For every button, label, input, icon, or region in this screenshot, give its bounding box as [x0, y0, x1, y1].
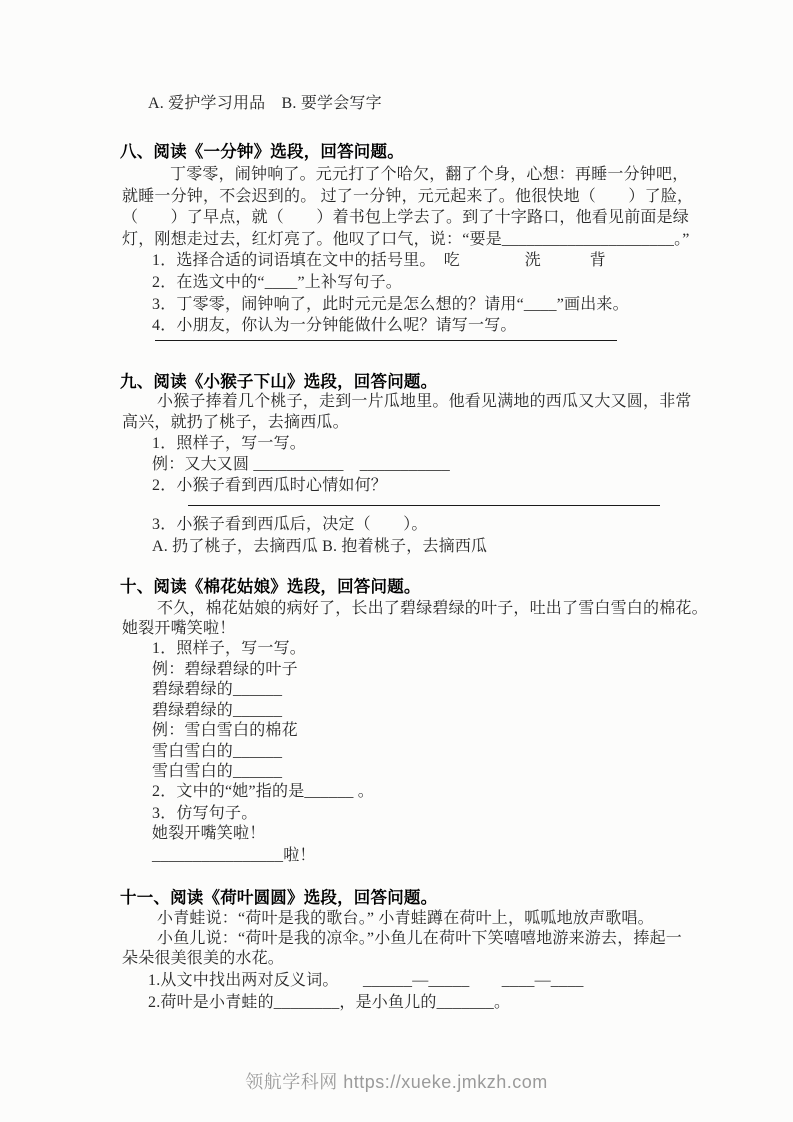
passage-line: 她裂开嘴笑啦！ — [122, 618, 235, 639]
fill-blank-line: 雪白雪白的______ — [152, 761, 282, 782]
question-line: 1．照样子，写一写。 — [152, 433, 306, 454]
watermark-text: 领航学科网 https://xueke.jmkzh.com — [245, 1072, 548, 1092]
question-line: 3．丁零零，闹钟响了，此时元元是怎么想的？请用“____”画出来。 — [152, 294, 629, 315]
answer-options-line: A. 爱护学习用品 B. 要学会写字 — [148, 93, 382, 114]
section-11-title: 十一、阅读《荷叶圆圆》选段，回答问题。 — [120, 887, 437, 908]
section-8-title: 八、阅读《一分钟》选段，回答问题。 — [120, 141, 404, 162]
fill-blank-line: 雪白雪白的______ — [152, 741, 282, 762]
question-line: 4．小朋友，你认为一分钟能做什么呢？请写一写。 — [152, 315, 517, 336]
question-line: 3．仿写句子。 — [152, 803, 257, 824]
question-line: 1．选择合适的词语填在文中的括号里。 吃 洗 背 — [152, 250, 606, 271]
fill-blank-line: 碧绿碧绿的______ — [152, 679, 282, 700]
worksheet-page: A. 爱护学习用品 B. 要学会写字 八、阅读《一分钟》选段，回答问题。 丁零零… — [0, 0, 793, 1122]
example-line: 例：碧绿碧绿的叶子 — [152, 659, 298, 680]
fill-blank-line: 碧绿碧绿的______ — [152, 700, 282, 721]
answer-line — [188, 505, 660, 506]
model-sentence-line: 她裂开嘴笑啦！ — [152, 823, 265, 844]
question-line: 2．在选文中的“____”上补写句子。 — [152, 272, 402, 293]
fill-blank-line: ________________啦！ — [152, 845, 316, 866]
question-line: 1.从文中找出两对反义词。 ______—_____ ____—____ — [148, 970, 584, 991]
passage-line: 小青蛙说：“荷叶是我的歌台。” 小青蛙蹲在荷叶上，呱呱地放声歌唱。 — [157, 908, 654, 929]
choice-options-line: A. 扔了桃子，去摘西瓜 B. 抱着桃子，去摘西瓜 — [152, 536, 487, 557]
section-10-title: 十、阅读《棉花姑娘》选段，回答问题。 — [120, 576, 421, 597]
passage-line: 朵朵很美很美的水花。 — [122, 948, 284, 969]
passage-line: 丁零零，闹钟响了。元元打了个哈欠，翻了个身，心想：再睡一分钟吧， — [170, 164, 688, 185]
passage-line: 小鱼儿说：“荷叶是我的凉伞。”小鱼儿在荷叶下笑嘻嘻地游来游去，捧起一 — [157, 928, 682, 949]
answer-line — [155, 340, 617, 341]
question-line: 2.荷叶是小青蛙的________，是小鱼儿的_______。 — [148, 992, 510, 1013]
passage-line: 高兴，就扔了桃子，去摘西瓜。 — [122, 412, 349, 433]
question-line: 2．小猴子看到西瓜时心情如何？ — [152, 475, 387, 496]
question-line: 2．文中的“她”指的是______ 。 — [152, 781, 374, 802]
watermark: 领航学科网 https://xueke.jmkzh.com — [0, 1068, 793, 1094]
passage-line: （ ）了早点，就（ ）着书包上学去了。到了十字路口，他看见前面是绿 — [122, 207, 689, 228]
question-line: 1．照样子，写一写。 — [152, 638, 306, 659]
passage-line: 就睡一分钟，不会迟到的。 过了一分钟，元元起来了。他很快地（ ）了脸， — [122, 186, 693, 207]
passage-line: 小猴子捧着几个桃子，走到一片瓜地里。他看见满地的西瓜又大又圆，非常 — [157, 391, 692, 412]
passage-line: 不久，棉花姑娘的病好了，长出了碧绿碧绿的叶子，吐出了雪白雪白的棉花。 — [157, 598, 708, 619]
example-line: 例：雪白雪白的棉花 — [152, 720, 298, 741]
example-line: 例：又大又圆 ___________ ___________ — [152, 454, 450, 475]
question-line: 3．小猴子看到西瓜后，决定（ ）。 — [152, 514, 428, 535]
passage-line: 灯，刚想走过去，红灯亮了。他叹了口气，说：“要是________________… — [122, 229, 690, 250]
section-9-title: 九、阅读《小猴子下山》选段，回答问题。 — [120, 371, 437, 392]
